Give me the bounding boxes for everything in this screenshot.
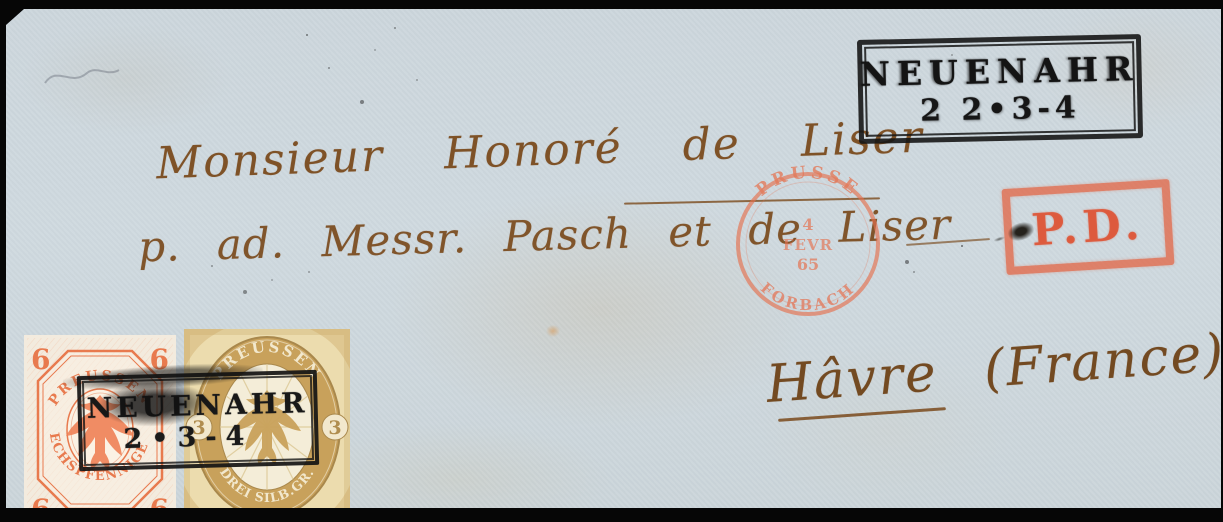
cds-office: FORBACH	[757, 279, 859, 314]
neuenahr-datestamp: NEUENAHR 2 2•3-4	[857, 34, 1143, 144]
cover-photo: Monsieur Honoré de Liser p. ad. Messr. P…	[0, 0, 1223, 522]
value-right: 3	[328, 417, 341, 439]
cds-month: FEVR	[783, 236, 833, 254]
cds-country: PRUSSE	[752, 164, 864, 201]
pd-text: P.D.	[1030, 198, 1146, 256]
corner-value-br: 6	[150, 493, 169, 522]
corner-value-bl: 6	[31, 493, 50, 522]
transit-cds-postmark: PRUSSE FORBACH 4 FEVR 65	[728, 164, 888, 324]
neuenahr-cancel-on-stamps: NEUENAHR 2•3-4	[77, 370, 319, 471]
datestamp-datetime: 2 2•3-4	[920, 90, 1081, 128]
cds-day: 4	[802, 215, 813, 234]
pencil-mark	[41, 61, 125, 95]
datestamp-town: NEUENAHR	[859, 49, 1139, 94]
address-line-3: Hâvre (France)	[764, 323, 1223, 415]
datestamp-inner-frame: NEUENAHR 2 2•3-4	[864, 41, 1136, 137]
stain-dot	[546, 325, 560, 337]
svg-text:PRUSSE: PRUSSE	[752, 164, 864, 201]
ink-speckles	[6, 9, 8, 11]
svg-text:FORBACH: FORBACH	[757, 279, 859, 314]
cds-year: 65	[797, 255, 819, 274]
stamp-pair: 6 6 6 6 PREUSSEN SECHS PFENNIGE	[22, 327, 354, 522]
envelope: Monsieur Honoré de Liser p. ad. Messr. P…	[6, 9, 1221, 508]
